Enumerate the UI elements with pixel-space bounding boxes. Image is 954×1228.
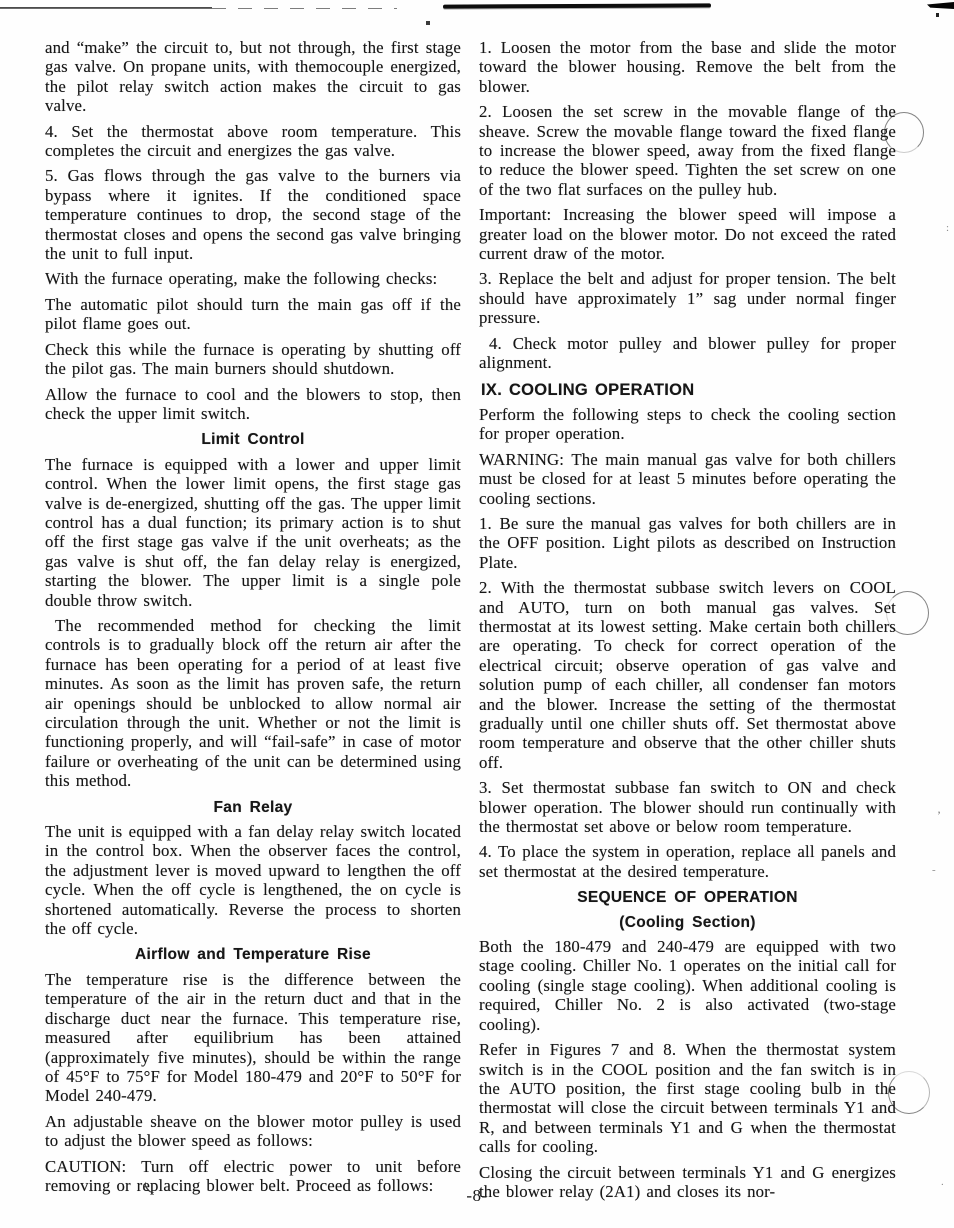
- section-heading: Limit Control: [45, 430, 461, 449]
- paragraph: Perform the following steps to check the…: [479, 405, 896, 444]
- paragraph: 1. Loosen the motor from the base and sl…: [479, 38, 896, 96]
- paragraph: 2. Loosen the set screw in the movable f…: [479, 102, 896, 199]
- paragraph: 4. Check motor pulley and blower pulley …: [479, 334, 896, 373]
- paragraph: An adjustable sheave on the blower motor…: [45, 1112, 461, 1151]
- scan-mark-artifact: [927, 2, 954, 9]
- scanned-manual-page: ( : ’ - . and “make” the circuit to, but…: [0, 0, 954, 1228]
- scan-line-artifact: [0, 7, 212, 9]
- paragraph: Allow the furnace to cool and the blower…: [45, 385, 461, 424]
- section-heading: Fan Relay: [45, 798, 461, 817]
- section-heading: IX. COOLING OPERATION: [481, 381, 896, 400]
- section-heading: Airflow and Temperature Rise: [45, 945, 461, 964]
- paragraph: The furnace is equipped with a lower and…: [45, 455, 461, 610]
- paragraph: and “make” the circuit to, but not throu…: [45, 38, 461, 116]
- paragraph: 5. Gas flows through the gas valve to th…: [45, 166, 461, 263]
- paragraph: The unit is equipped with a fan delay re…: [45, 822, 461, 938]
- scan-speck-artifact: -: [932, 864, 936, 876]
- scan-dot-artifact: [426, 21, 430, 25]
- scan-heavy-line-artifact: [443, 3, 711, 8]
- paragraph: 4. Set the thermostat above room tempera…: [45, 122, 461, 161]
- paragraph: With the furnace operating, make the fol…: [45, 269, 461, 288]
- paragraph: 4. To place the system in operation, rep…: [479, 842, 896, 881]
- scan-speck-artifact: ’: [937, 808, 941, 823]
- scan-dashed-line-artifact: [212, 8, 397, 9]
- paragraph: 3. Replace the belt and adjust for prope…: [479, 269, 896, 327]
- paragraph: The recommended method for checking the …: [45, 616, 461, 791]
- left-column: and “make” the circuit to, but not throu…: [45, 38, 461, 1201]
- paragraph: Important: Increasing the blower speed w…: [479, 205, 896, 263]
- paragraph: Refer in Figures 7 and 8. When the therm…: [479, 1040, 896, 1156]
- paragraph: Check this while the furnace is operatin…: [45, 340, 461, 379]
- scan-speck-artifact: :: [946, 222, 949, 234]
- paragraph: WARNING: The main manual gas valve for b…: [479, 450, 896, 508]
- section-heading: SEQUENCE OF OPERATION: [479, 888, 896, 907]
- paragraph: Both the 180-479 and 240-479 are equippe…: [479, 937, 896, 1034]
- section-heading: (Cooling Section): [479, 913, 896, 932]
- page-number: -8-: [0, 1186, 954, 1206]
- paragraph: 1. Be sure the manual gas valves for bot…: [479, 514, 896, 572]
- scan-dot-artifact: [936, 13, 939, 17]
- paragraph: 3. Set thermostat subbase fan switch to …: [479, 778, 896, 836]
- right-column: 1. Loosen the motor from the base and sl…: [479, 38, 896, 1207]
- paragraph: The automatic pilot should turn the main…: [45, 295, 461, 334]
- paragraph: 2. With the thermostat subbase switch le…: [479, 578, 896, 772]
- paragraph: The temperature rise is the difference b…: [45, 970, 461, 1106]
